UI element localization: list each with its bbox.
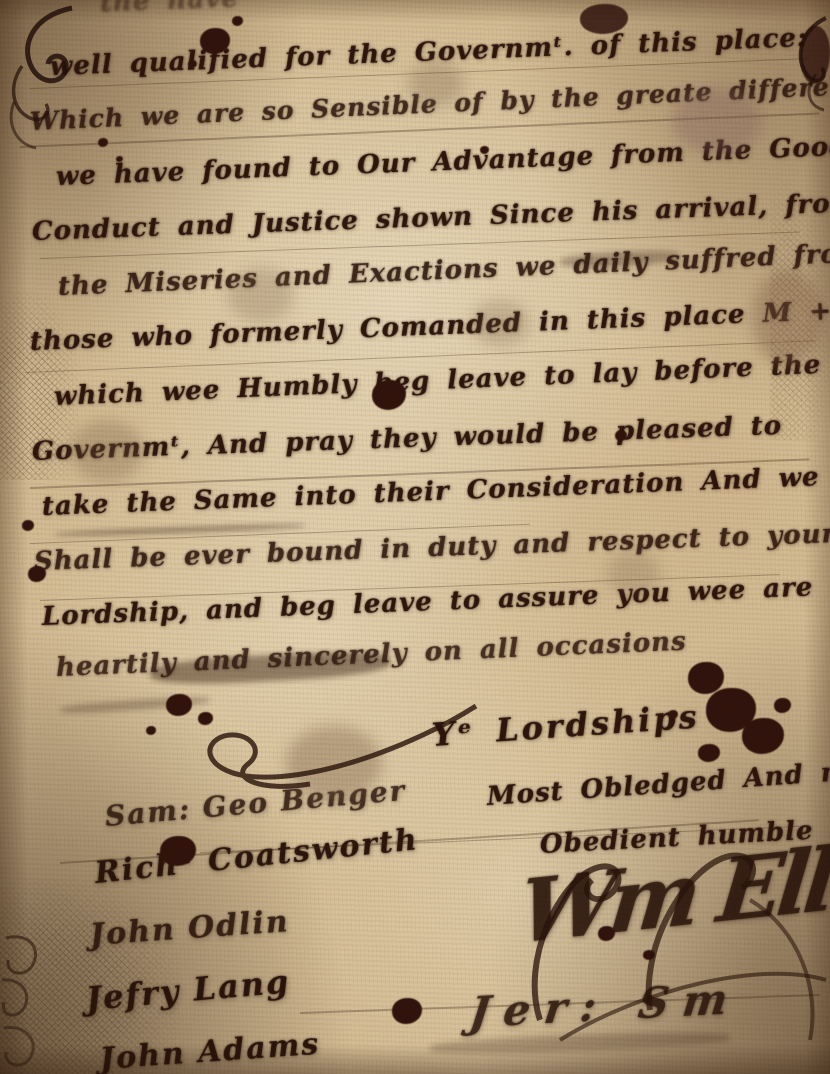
manuscript-line: take the Same into their Consideration A… [41,458,830,524]
manuscript-line: Lordship, and beg leave to assure you we… [41,569,830,634]
ink-blot [166,694,192,716]
ink-blot [146,726,156,735]
canvas-texture [770,180,830,440]
ink-blot [742,718,784,754]
manuscript-line: the Miseries and Exactions we daily suff… [57,236,830,304]
paper-stain [228,268,294,322]
ink-blot [22,520,34,531]
ink-blot [698,744,720,762]
manuscript-line-fragment: the have [99,0,239,20]
manuscript-line: Shall be ever bound in duty and respect … [33,517,830,579]
manuscript-line: Conduct and Justice shown Since his arri… [31,186,830,249]
ink-blot [372,380,406,410]
paper-stain [70,420,144,482]
ink-blot [28,566,46,582]
manuscript-page: the have well qualified for the Governmᵗ… [0,0,830,1074]
signature-flourish-icon [500,840,830,1060]
manuscript-line: those who formerly Comanded in this plac… [29,294,830,359]
paper-stain [408,62,464,106]
corner-flourish-icon [2,6,112,156]
corner-flourish-icon [786,16,830,112]
canvas-texture [0,290,80,480]
manuscript-line: which wee Humbly beg leave to lay before… [53,346,830,414]
paper-stain [470,300,530,346]
corner-flourish-icon [0,928,96,1074]
ink-blot [774,698,791,713]
ink-blot [232,16,243,26]
paper-stain [672,88,762,154]
ink-blot [392,998,422,1024]
paper-stain [606,552,660,594]
closing-line: Most Obledged And m [486,755,830,814]
manuscript-line: Governmᵗ, And pray they would be pleased… [31,409,782,469]
pen-flourish-icon [190,688,480,798]
